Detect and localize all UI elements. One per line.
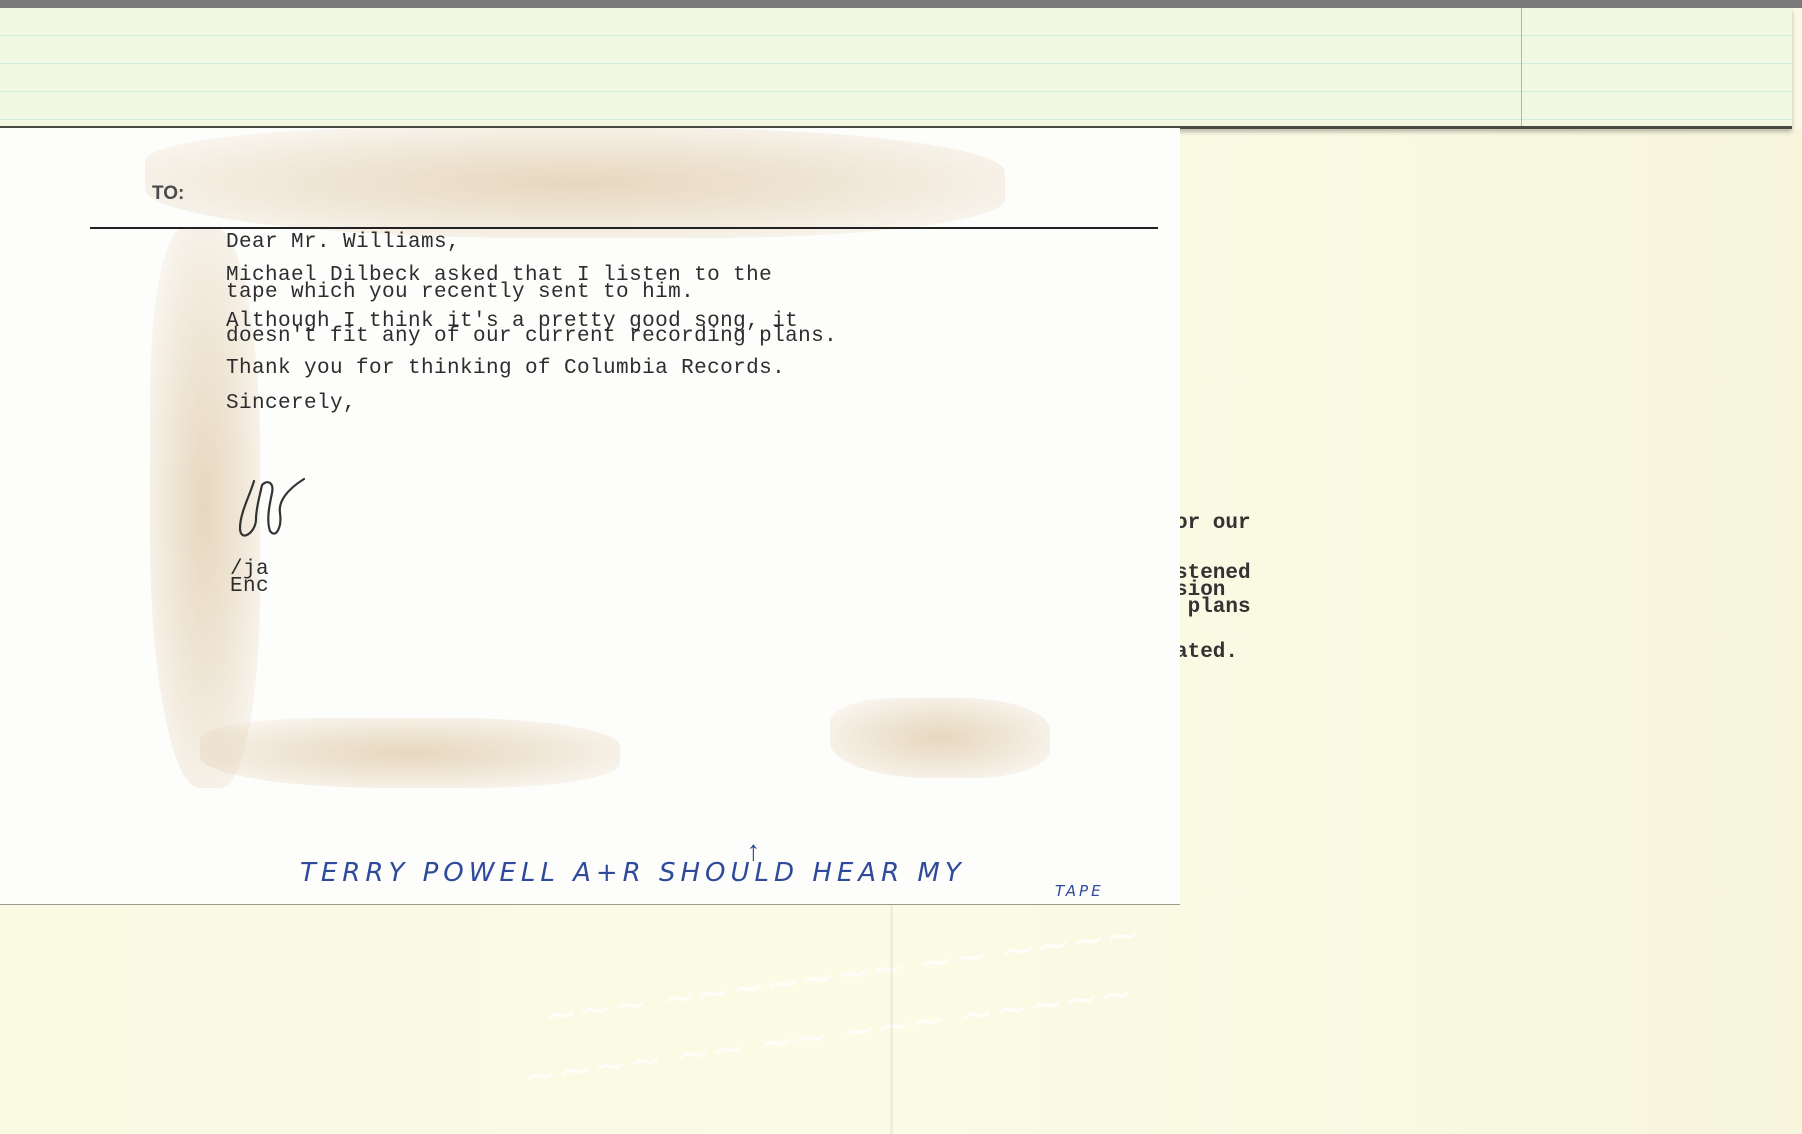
underlay-fragment: or our (1175, 515, 1251, 533)
notepad-margin-line (1521, 8, 1522, 126)
paragraph-1-line-2: tape which you recently sent to him. (226, 284, 694, 301)
notepad-strip (0, 8, 1792, 129)
header-rule (90, 227, 1158, 229)
closing: Sincerely, (226, 395, 356, 412)
letter-page: TO: Dear Mr. Williams, Michael Dilbeck a… (0, 128, 1180, 905)
underlay-fragment: ated. (1175, 644, 1238, 662)
to-label: TO: (152, 183, 184, 205)
salutation: Dear Mr. Williams, (226, 234, 460, 251)
signature-icon (232, 473, 322, 543)
paragraph-3: Thank you for thinking of Columbia Recor… (226, 360, 785, 377)
water-stain (200, 718, 620, 788)
underlay-fragment: plans (1175, 599, 1251, 617)
water-stain (145, 128, 1005, 238)
scan-edge (0, 0, 1802, 8)
handwritten-note: TERRY POWELL A+R SHOULD HEAR MY (300, 858, 966, 888)
handwritten-note-continued: TAPE (1055, 882, 1104, 900)
enclosure-note: Enc (230, 578, 269, 595)
paragraph-2-line-2: doesn't fit any of our current recording… (226, 328, 837, 345)
water-stain (830, 698, 1050, 778)
